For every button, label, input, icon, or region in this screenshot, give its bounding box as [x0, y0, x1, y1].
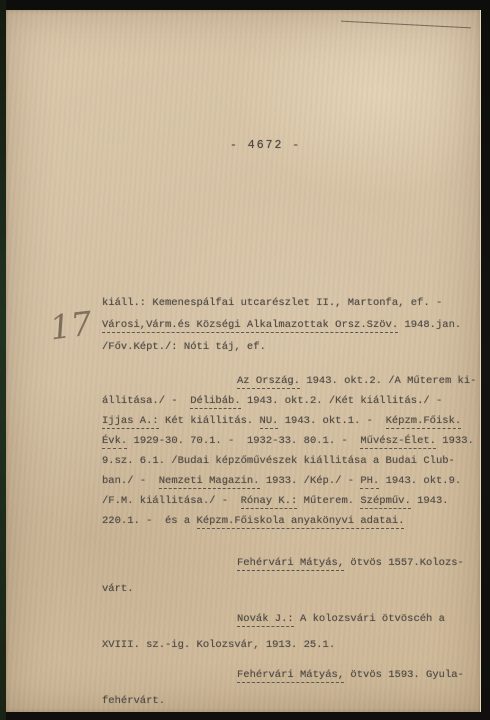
- exhibitions-paragraph: kiáll.: Kemenespálfai utcarészlet II., M…: [102, 292, 488, 358]
- text-segment: 9.sz. 6.1. /Budai képzőművészek kiállitá…: [102, 455, 455, 467]
- typewritten-line: Évk. 1929-30. 70.1. - 1932-33. 80.1. - M…: [102, 431, 488, 451]
- scan-scratch-line: [341, 21, 471, 29]
- text-segment: ötvös 1593. Gyula-: [344, 669, 464, 681]
- text-segment: 1943.: [411, 495, 449, 507]
- underlined-text: Képzm.Főisk.: [386, 415, 462, 429]
- text-segment: 1929-30. 70.1. - 1932-33. 80.1. -: [127, 435, 360, 447]
- typewritten-line: Ijjas A.: Két kiállitás. NU. 1943. okt.1…: [102, 411, 488, 431]
- underlined-text: Novák J.:: [237, 613, 294, 627]
- page-number: - 4672 -: [230, 139, 301, 152]
- typewritten-line: /F.M. kiállitása./ - Rónay K.: Műterem. …: [102, 491, 488, 511]
- typewritten-line: Fehérvári Mátyás, ötvös 1593. Gyula-: [102, 662, 488, 688]
- underlined-text: Városi,Várm.és Községi Alkalmazottak Ors…: [102, 319, 398, 333]
- text-segment: Műterem.: [297, 495, 360, 507]
- text-segment: 1933. /Kép./ -: [260, 475, 361, 487]
- text-segment: ötvös 1557.Kolozs-: [344, 557, 464, 569]
- typewritten-line: Városi,Várm.és Községi Alkalmazottak Ors…: [102, 314, 488, 336]
- text-segment: ban./ -: [102, 475, 159, 487]
- text-segment: 220.1. - és a: [102, 515, 197, 527]
- typewritten-line: /Főv.Képt./: Nóti táj, ef.: [102, 336, 488, 358]
- typewritten-line: 9.sz. 6.1. /Budai képzőművészek kiállitá…: [102, 451, 488, 471]
- entry-fehervari-1557: Fehérvári Mátyás, ötvös 1557.Kolozs-várt…: [102, 550, 488, 602]
- handwritten-annotation: 17: [48, 304, 94, 348]
- underlined-text: Képzm.Főiskola anyakönyvi adatai.: [197, 515, 405, 529]
- typewritten-line: Az Ország. 1943. okt.2. /A Műterem ki-: [102, 371, 488, 391]
- typewritten-line: ban./ - Nemzeti Magazin. 1933. /Kép./ - …: [102, 471, 488, 491]
- text-segment: Két kiállitás.: [159, 415, 260, 427]
- underlined-text: Fehérvári Mátyás,: [237, 557, 344, 571]
- underlined-text: Szépműv.: [360, 495, 410, 509]
- typewritten-line: 220.1. - és a Képzm.Főiskola anyakönyvi …: [102, 511, 488, 531]
- scanner-background: - 4672 - 17 kiáll.: Kemenespálfai utcaré…: [0, 0, 490, 720]
- underlined-text: Az Ország.: [237, 375, 300, 389]
- typewritten-line: Fehérvári Mátyás, ötvös 1557.Kolozs-: [102, 550, 488, 576]
- text-segment: kiáll.: Kemenespálfai utcarészlet II., M…: [102, 297, 442, 309]
- text-segment: várt.: [102, 583, 134, 595]
- underlined-text: Ijjas A.:: [102, 415, 159, 429]
- text-segment: /F.M. kiállitása./ -: [102, 495, 241, 507]
- text-segment: 1943. okt.2. /A Műterem ki-: [300, 375, 476, 387]
- typewritten-line: fehérvárt.: [102, 688, 488, 714]
- bibliography-paragraph: Az Ország. 1943. okt.2. /A Műterem ki-ál…: [102, 371, 488, 531]
- text-segment: A kolozsvári ötvöscéh a: [294, 613, 445, 625]
- underlined-text: PH.: [360, 475, 379, 489]
- underlined-text: Évk.: [102, 435, 127, 449]
- text-segment: fehérvárt.: [102, 695, 165, 707]
- text-segment: 1943. okt.2. /Két kiállitás./ -: [241, 395, 443, 407]
- typewritten-line: Novák J.: A kolozsvári ötvöscéh a: [102, 606, 488, 632]
- underlined-text: Rónay K.:: [241, 495, 298, 509]
- text-segment: 1948.jan.: [398, 319, 461, 331]
- text-segment: 1943. okt.1. -: [278, 415, 385, 427]
- underlined-text: Művész-Élet.: [360, 435, 436, 449]
- text-segment: állitása./ -: [102, 395, 190, 407]
- typewritten-line: XVIII. sz.-ig. Kolozsvár, 1913. 25.1.: [102, 632, 488, 658]
- document-page: - 4672 - 17 kiáll.: Kemenespálfai utcaré…: [6, 10, 481, 712]
- underlined-text: Fehérvári Mátyás,: [237, 669, 344, 683]
- text-segment: 1943. okt.9.: [379, 475, 461, 487]
- underlined-text: NU.: [260, 415, 279, 429]
- text-segment: 1933.: [436, 435, 474, 447]
- text-segment: /Főv.Képt./: Nóti táj, ef.: [102, 341, 266, 353]
- text-segment: XVIII. sz.-ig. Kolozsvár, 1913. 25.1.: [102, 639, 335, 651]
- entry-fehervari-1593: Fehérvári Mátyás, ötvös 1593. Gyula-fehé…: [102, 662, 488, 714]
- entry-novak: Novák J.: A kolozsvári ötvöscéh aXVIII. …: [102, 606, 488, 658]
- underlined-text: Nemzeti Magazin.: [159, 475, 260, 489]
- typewritten-line: kiáll.: Kemenespálfai utcarészlet II., M…: [102, 292, 488, 314]
- typewritten-line: várt.: [102, 576, 488, 602]
- underlined-text: Délibáb.: [190, 395, 240, 409]
- typewritten-line: állitása./ - Délibáb. 1943. okt.2. /Két …: [102, 391, 488, 411]
- typewritten-text: kiáll.: Kemenespálfai utcarészlet II., M…: [102, 292, 488, 714]
